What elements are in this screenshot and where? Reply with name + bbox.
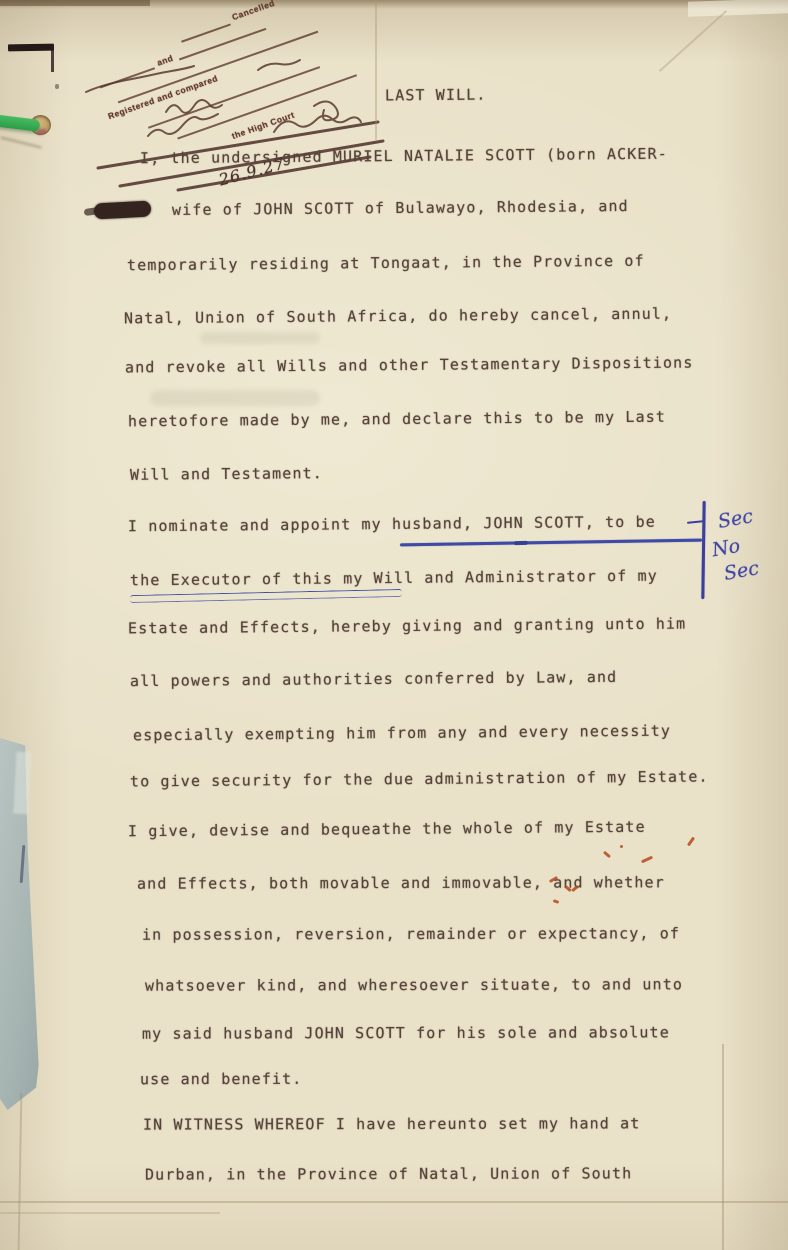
typed-line: heretofore made by me, and declare this … xyxy=(128,408,666,431)
typed-line: Durban, in the Province of Natal, Union … xyxy=(145,1164,632,1183)
horizontal-fold-crease-faint xyxy=(0,1212,220,1214)
typed-line: whatsoever kind, and wheresoever situate… xyxy=(145,975,683,994)
blue-underline-ink-blob xyxy=(514,541,528,545)
typed-line: and Effects, both movable and immovable,… xyxy=(137,873,665,892)
typed-line: temporarily residing at Tongaat, in the … xyxy=(127,252,645,275)
corner-ink-mark xyxy=(8,44,54,52)
typed-line: my said husband JOHN SCOTT for his sole … xyxy=(142,1023,670,1042)
stamp-rule xyxy=(181,23,231,42)
typed-line: use and benefit. xyxy=(140,1070,302,1088)
underlying-page-edge xyxy=(18,1093,23,1250)
margin-note-1: Sec xyxy=(716,505,754,533)
typed-line: Natal, Union of South Africa, do hereby … xyxy=(124,305,672,328)
horizontal-fold-crease xyxy=(0,1201,788,1203)
typed-line: and revoke all Wills and other Testament… xyxy=(125,354,694,377)
typed-line: the Executor of this my Will and Adminis… xyxy=(130,567,658,590)
typed-line: IN WITNESS WHEREOF I have hereunto set m… xyxy=(143,1114,640,1133)
blue-underline-husband-john-scott xyxy=(400,539,702,546)
stamp-rule xyxy=(118,31,319,104)
bleed-through-smudge xyxy=(200,332,320,344)
folder-edge-notch xyxy=(13,752,31,815)
typed-line: especially exempting him from any and ev… xyxy=(133,722,671,745)
blue-margin-line xyxy=(701,501,706,599)
diagonal-crease-top-right xyxy=(659,10,727,72)
typed-line: wife of JOHN SCOTT of Bulawayo, Rhodesia… xyxy=(172,197,629,219)
margin-note-3: Sec xyxy=(722,557,760,585)
red-ink-mark xyxy=(641,856,653,864)
red-ink-mark xyxy=(687,837,695,847)
typed-line: to give security for the due administrat… xyxy=(130,767,709,790)
stamp-rule xyxy=(100,67,155,88)
typed-line: I nominate and appoint my husband, JOHN … xyxy=(128,513,656,536)
document-title: LAST WILL. xyxy=(385,86,487,105)
typed-line: in possession, reversion, remainder or e… xyxy=(142,924,680,943)
margin-note-2: No xyxy=(710,535,741,562)
blue-underline-executor xyxy=(130,589,402,603)
paper-top-edge-dark xyxy=(0,0,150,6)
corner-ink-mark-stem xyxy=(51,50,54,72)
bleed-through-smudge xyxy=(150,390,320,406)
thread-shadow xyxy=(0,136,41,149)
red-ink-mark xyxy=(553,899,560,904)
red-ink-mark xyxy=(603,851,611,858)
vertical-crease-bottom-right xyxy=(722,1044,724,1250)
typed-line: I give, devise and bequeathe the whole o… xyxy=(128,818,646,841)
typed-line: I, the undersigned MURIEL NATALIE SCOTT … xyxy=(140,145,668,168)
ink-blot xyxy=(94,201,152,220)
typed-line: Estate and Effects, hereby giving and gr… xyxy=(128,615,686,638)
stamp-and-label: and xyxy=(156,53,175,68)
stamp-cancelled-label: Cancelled xyxy=(231,0,276,22)
typed-line: Will and Testament. xyxy=(130,464,323,484)
typed-line: all powers and authorities conferred by … xyxy=(130,668,617,690)
red-ink-dot xyxy=(620,845,623,848)
scanned-will-page: Cancelled and Registered and compared th… xyxy=(0,0,788,1250)
paper-top-right-edge xyxy=(688,0,788,17)
corner-ink-dot xyxy=(55,84,59,89)
